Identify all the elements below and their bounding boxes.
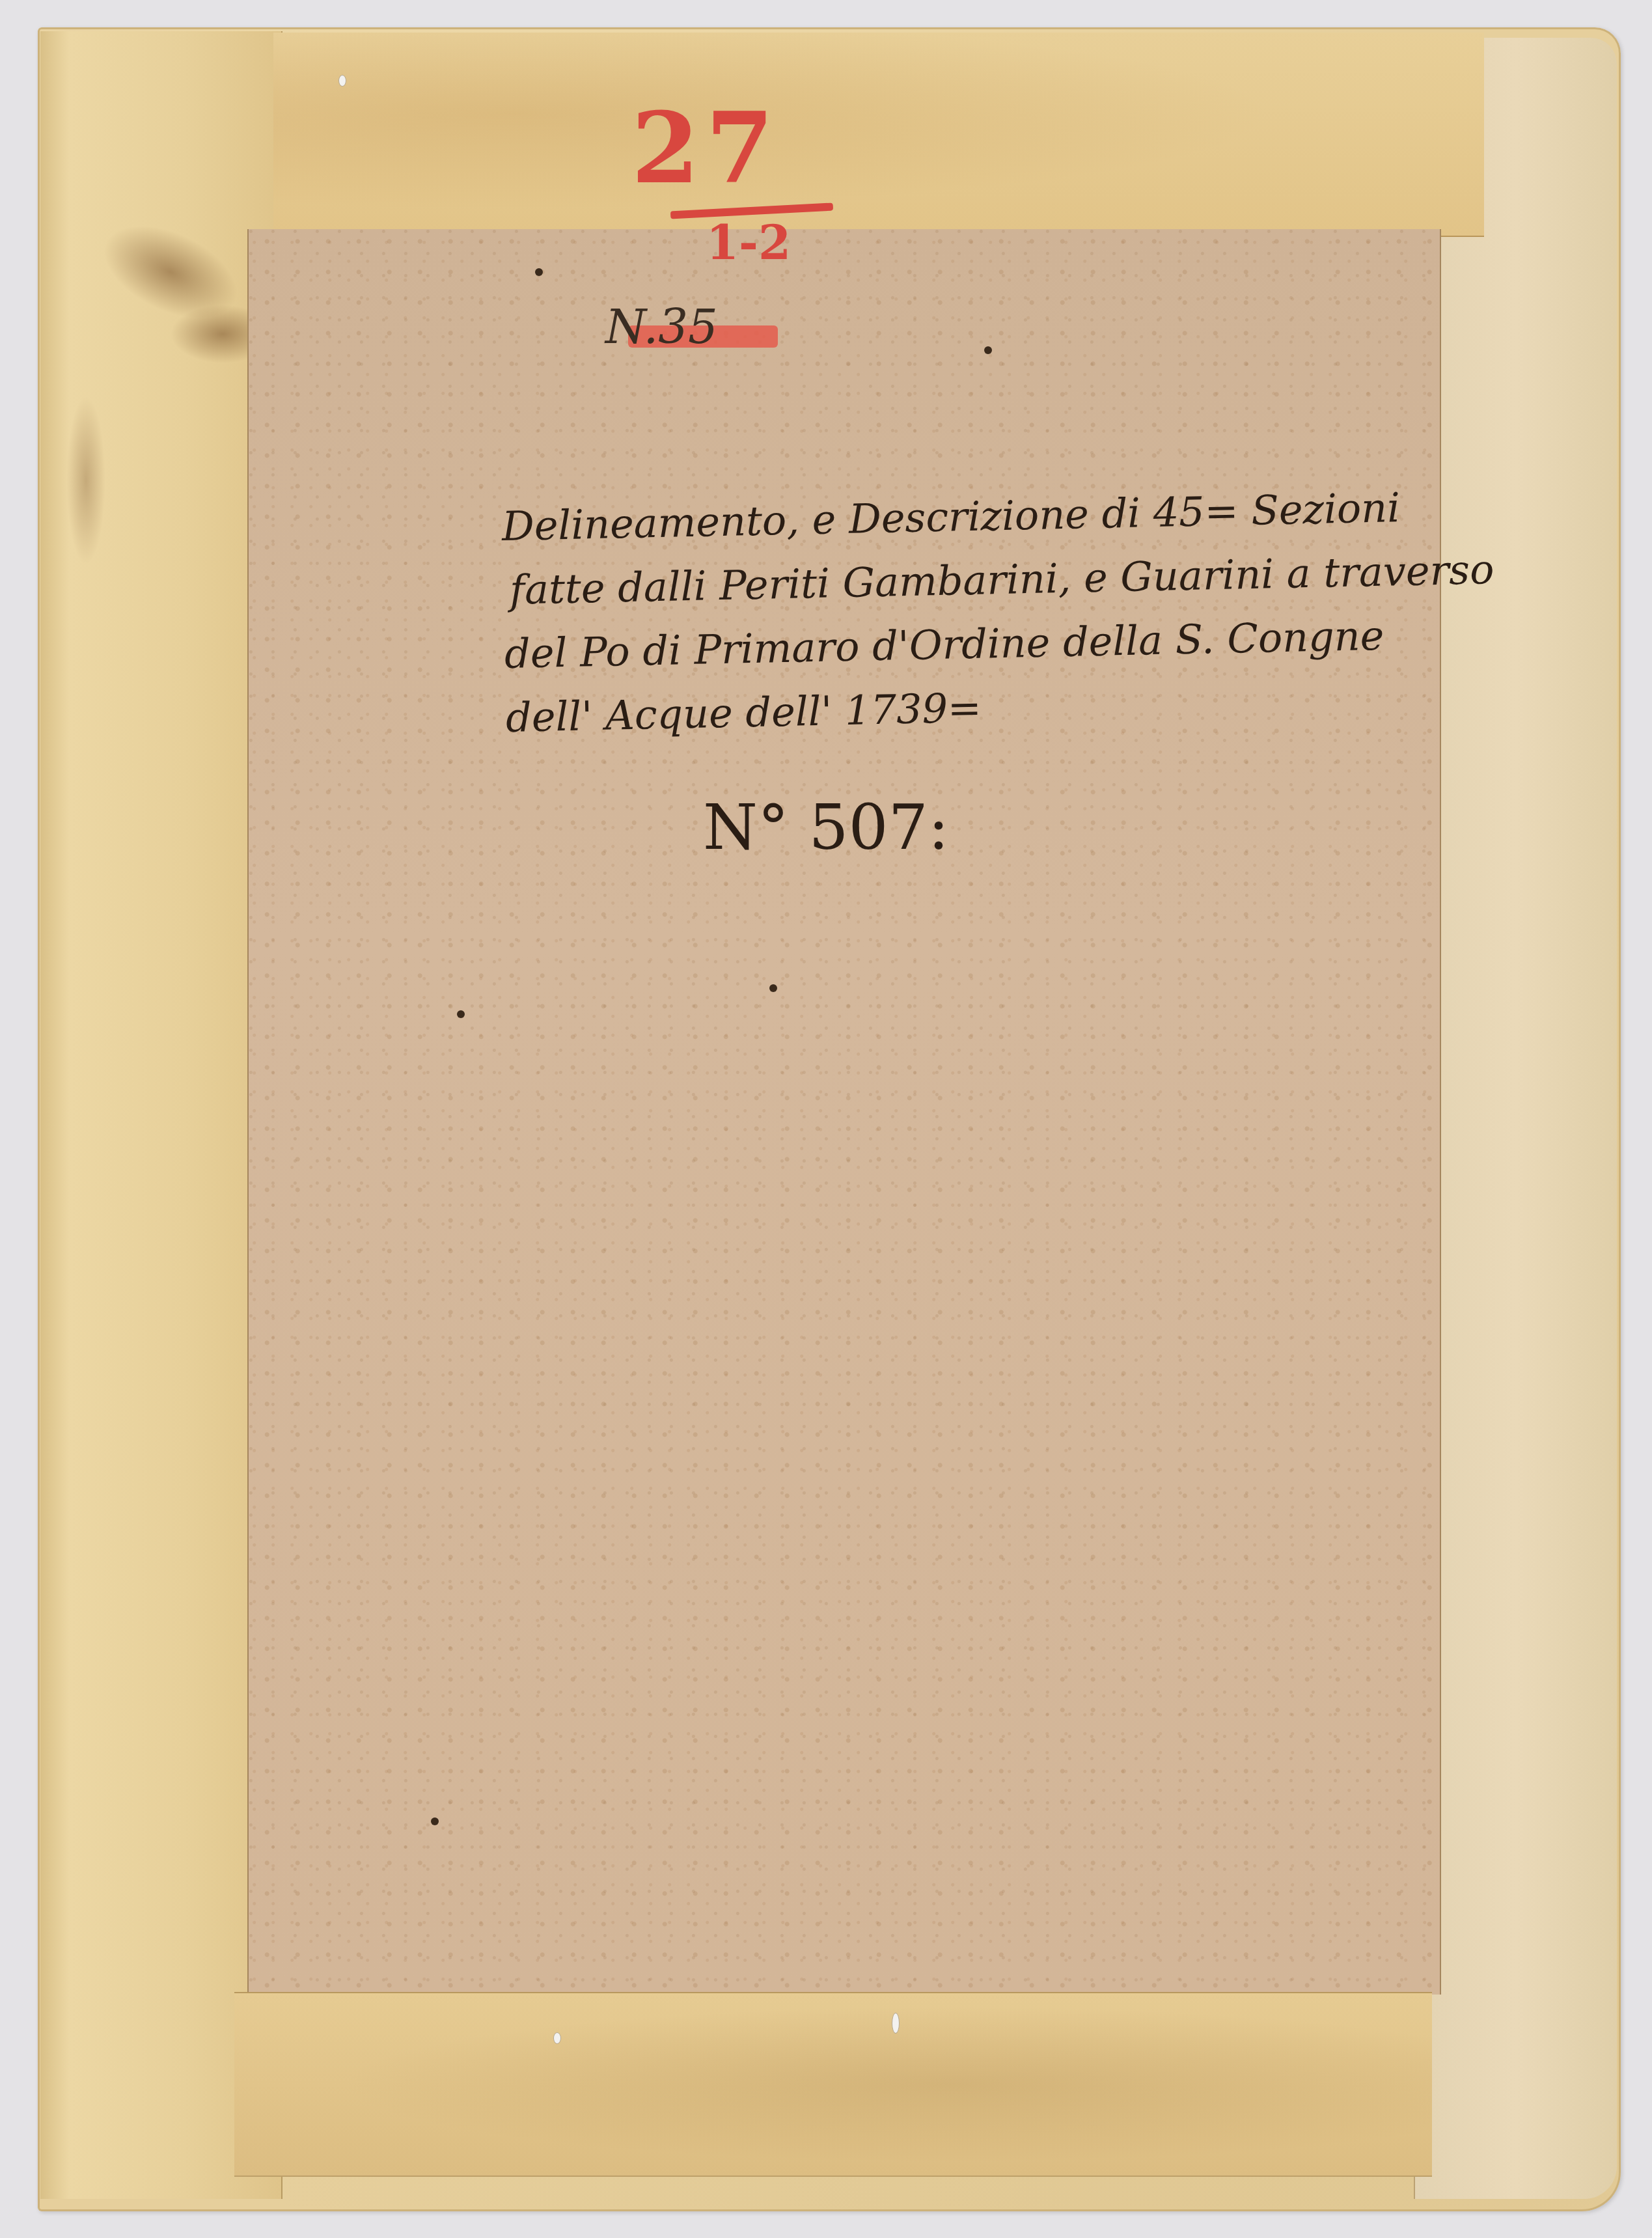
ink-spot <box>535 268 543 276</box>
pin-hole <box>553 2032 561 2044</box>
spine-vellum-band <box>40 31 282 2199</box>
right-vellum-strip <box>1414 38 1617 2199</box>
top-vellum-strip <box>273 33 1484 237</box>
stain <box>66 396 105 565</box>
bottom-vellum-strip <box>234 1992 1432 2177</box>
ink-spot <box>984 346 992 354</box>
pin-hole <box>892 2013 900 2034</box>
ink-spot <box>431 1817 439 1825</box>
pin-hole <box>338 75 346 87</box>
catalog-number: N° 507: <box>703 791 949 864</box>
ink-spot <box>457 1010 465 1018</box>
ink-spot <box>769 984 777 992</box>
old-number: N.35 <box>605 299 718 354</box>
shelfmark-sub-number: 1-2 <box>706 215 791 270</box>
shelfmark-main-number: 27 <box>631 91 780 206</box>
handwritten-title: Delineamento, e Descrizione di 45= Sezio… <box>501 475 1470 750</box>
